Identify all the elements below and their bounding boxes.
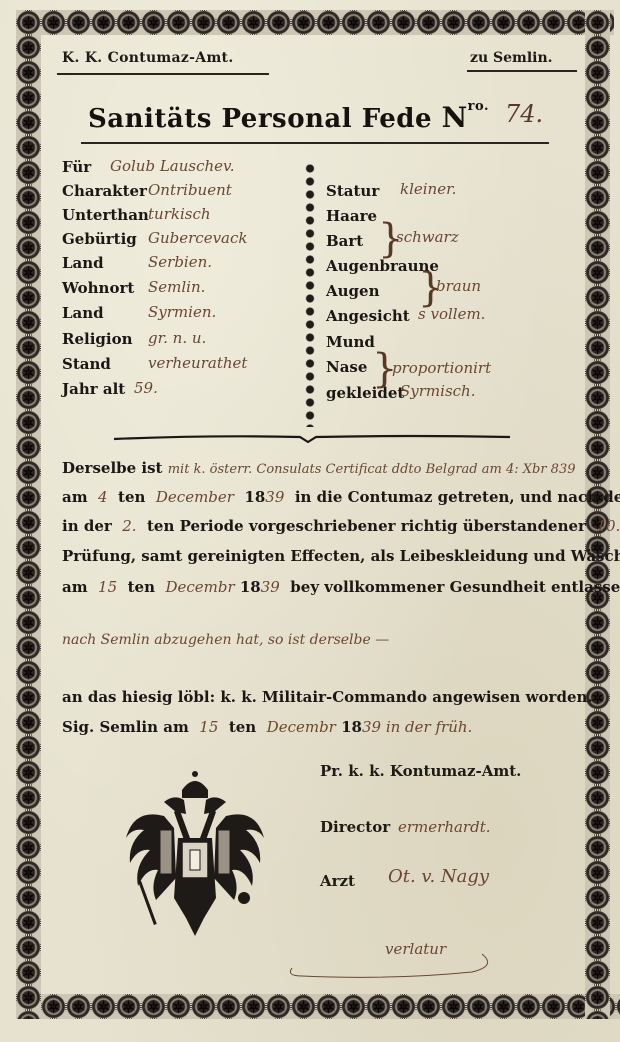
star-ornament-icon xyxy=(16,510,41,535)
body-text: in der xyxy=(62,517,112,535)
star-ornament-icon xyxy=(16,610,41,635)
field-label: Jahr alt xyxy=(62,380,125,398)
field-value: gr. n. u. xyxy=(148,329,206,347)
body-line-1: Derselbe ist mit k. österr. Consulats Ce… xyxy=(62,459,576,477)
field-value: 59. xyxy=(134,379,158,397)
body-text: am xyxy=(62,488,88,506)
ornamental-border-right xyxy=(585,10,610,1019)
star-ornament-icon xyxy=(585,160,610,185)
star-ornament-icon xyxy=(141,994,166,1019)
star-ornament-icon xyxy=(585,185,610,210)
star-ornament-icon xyxy=(41,10,66,35)
star-ornament-icon xyxy=(16,835,41,860)
star-ornament-icon xyxy=(316,10,341,35)
star-ornament-icon xyxy=(91,994,116,1019)
star-ornament-icon xyxy=(585,385,610,410)
arzt-label: Arzt xyxy=(320,872,355,890)
handwritten-month: December xyxy=(156,488,234,506)
star-ornament-icon xyxy=(16,635,41,660)
section-divider-rule xyxy=(112,432,512,446)
star-ornament-icon xyxy=(491,10,516,35)
field-label: Angesicht xyxy=(326,307,410,325)
document-number: 74. xyxy=(505,100,543,128)
handwritten-month: Decembr xyxy=(267,718,336,736)
office-header: K. K. Contumaz-Amt. xyxy=(62,50,234,66)
star-ornament-icon xyxy=(585,260,610,285)
star-ornament-icon xyxy=(585,810,610,835)
star-ornament-icon xyxy=(416,994,441,1019)
star-ornament-icon xyxy=(585,410,610,435)
star-ornament-icon xyxy=(191,10,216,35)
star-ornament-icon xyxy=(585,635,610,660)
star-ornament-icon xyxy=(585,735,610,760)
star-ornament-icon xyxy=(585,660,610,685)
star-ornament-icon xyxy=(66,10,91,35)
star-ornament-icon xyxy=(16,985,41,1010)
body-text: Derselbe ist xyxy=(62,459,162,477)
closing-flourish xyxy=(282,950,502,980)
star-ornament-icon xyxy=(516,10,541,35)
field-value: Syrmien. xyxy=(148,303,216,321)
body-line-3: in der 2. ten Periode vorgeschriebener r… xyxy=(62,517,620,535)
star-ornament-icon xyxy=(191,994,216,1019)
star-ornament-icon xyxy=(16,160,41,185)
body-text: ten xyxy=(118,488,145,506)
star-ornament-icon xyxy=(291,10,316,35)
handwritten-destination: nach Semlin abzugehen hat, so ist dersel… xyxy=(62,632,389,648)
star-ornament-icon xyxy=(16,560,41,585)
star-ornament-icon xyxy=(585,710,610,735)
star-ornament-icon xyxy=(16,710,41,735)
star-ornament-icon xyxy=(516,994,541,1019)
star-ornament-icon xyxy=(16,185,41,210)
body-text: 18 xyxy=(341,718,362,736)
field-label: Religion xyxy=(62,330,133,348)
star-ornament-icon xyxy=(91,10,116,35)
ornamental-border-left xyxy=(16,10,41,1019)
field-label: Land xyxy=(62,304,104,322)
office-header-rule xyxy=(57,73,269,75)
field-value: kleiner. xyxy=(400,180,456,198)
body-line-4: Prüfung, samt gereinigten Effecten, als … xyxy=(62,547,620,565)
star-ornament-icon xyxy=(585,335,610,360)
star-ornament-icon xyxy=(441,994,466,1019)
star-ornament-icon xyxy=(16,910,41,935)
star-ornament-icon xyxy=(16,860,41,885)
issuing-office: Pr. k. k. Kontumaz-Amt. xyxy=(320,762,521,780)
star-ornament-icon xyxy=(16,10,41,35)
star-ornament-icon xyxy=(585,460,610,485)
field-label: Bart xyxy=(326,232,363,250)
field-value: Golub Lauschev. xyxy=(110,157,235,175)
field-value: verheurathet xyxy=(148,354,247,372)
star-ornament-icon xyxy=(585,1010,610,1019)
field-label: Land xyxy=(62,254,104,272)
star-ornament-icon xyxy=(16,260,41,285)
star-ornament-icon xyxy=(16,135,41,160)
ornamental-border-top xyxy=(16,10,614,35)
body-line-5: am 15 ten Decembr 1839 bey vollkommener … xyxy=(62,578,620,596)
star-ornament-icon xyxy=(16,460,41,485)
handwritten-day: 15 xyxy=(199,718,218,736)
star-ornament-icon xyxy=(585,785,610,810)
star-ornament-icon xyxy=(585,85,610,110)
star-ornament-icon xyxy=(585,860,610,885)
star-ornament-icon xyxy=(16,360,41,385)
body-text: in die Contumaz getreten, und nach der xyxy=(295,488,620,506)
star-ornament-icon xyxy=(291,994,316,1019)
star-ornament-icon xyxy=(16,685,41,710)
star-ornament-icon xyxy=(491,994,516,1019)
field-value: Serbien. xyxy=(148,253,212,271)
star-ornament-icon xyxy=(585,435,610,460)
star-ornament-icon xyxy=(16,535,41,560)
body-text: Sig. Semlin am xyxy=(62,718,189,736)
star-ornament-icon xyxy=(16,335,41,360)
field-label: Stand xyxy=(62,355,111,373)
field-label: Augen xyxy=(326,282,379,300)
star-ornament-icon xyxy=(585,960,610,985)
star-ornament-icon xyxy=(266,994,291,1019)
star-ornament-icon xyxy=(341,994,366,1019)
star-ornament-icon xyxy=(16,235,41,260)
body-text: 18 xyxy=(244,488,265,506)
star-ornament-icon xyxy=(116,10,141,35)
field-value: Ontribuent xyxy=(148,181,232,199)
star-ornament-icon xyxy=(585,935,610,960)
star-ornament-icon xyxy=(116,994,141,1019)
star-ornament-icon xyxy=(316,994,341,1019)
star-ornament-icon xyxy=(585,610,610,635)
body-line-7: an das hiesig löbl: k. k. Militair-Comma… xyxy=(62,688,593,706)
arzt-signature: Ot. v. Nagy xyxy=(388,866,489,887)
star-ornament-icon xyxy=(16,785,41,810)
star-ornament-icon xyxy=(16,1010,41,1019)
field-label: Für xyxy=(62,158,91,176)
body-text: 18 xyxy=(240,578,261,596)
field-label: Statur xyxy=(326,182,379,200)
star-ornament-icon xyxy=(41,994,66,1019)
star-ornament-icon xyxy=(585,885,610,910)
star-ornament-icon xyxy=(585,360,610,385)
title-number-label: ro. xyxy=(468,99,489,114)
star-ornament-icon xyxy=(16,35,41,60)
star-ornament-icon xyxy=(541,994,566,1019)
director-signature: ermerhardt. xyxy=(398,818,491,836)
star-ornament-icon xyxy=(16,310,41,335)
star-ornament-icon xyxy=(585,35,610,60)
star-ornament-icon xyxy=(585,985,610,1010)
field-value: turkisch xyxy=(148,205,211,223)
body-text: am xyxy=(62,578,88,596)
star-ornament-icon xyxy=(16,385,41,410)
star-ornament-icon xyxy=(366,10,391,35)
handwritten-year: 39 xyxy=(261,578,280,596)
star-ornament-icon xyxy=(585,910,610,935)
location-header-rule xyxy=(467,70,577,72)
star-ornament-icon xyxy=(585,760,610,785)
handwritten-year: 39 xyxy=(265,488,284,506)
column-divider-ornament xyxy=(303,162,317,427)
star-ornament-icon xyxy=(16,60,41,85)
star-ornament-icon xyxy=(466,994,491,1019)
star-ornament-icon xyxy=(16,760,41,785)
field-label: Charakter xyxy=(62,182,147,200)
value-augenbraune-augen: braun xyxy=(436,277,481,295)
location-header: zu Semlin. xyxy=(470,50,553,66)
star-ornament-icon xyxy=(585,235,610,260)
star-ornament-icon xyxy=(241,10,266,35)
star-ornament-icon xyxy=(391,10,416,35)
director-label: Director xyxy=(320,818,390,836)
star-ornament-icon xyxy=(585,210,610,235)
title-text: Sanitäts Personal Fede xyxy=(88,104,432,134)
field-label: Haare xyxy=(326,207,377,225)
handwritten-days: 10. xyxy=(596,517,620,535)
title-rule xyxy=(81,142,549,144)
star-ornament-icon xyxy=(16,960,41,985)
star-ornament-icon xyxy=(141,10,166,35)
star-ornament-icon xyxy=(16,660,41,685)
field-label: Nase xyxy=(326,358,367,376)
body-line-2: am 4 ten December 1839 in die Contumaz g… xyxy=(62,488,620,506)
handwritten-month: Decembr xyxy=(165,578,234,596)
star-ornament-icon xyxy=(16,435,41,460)
star-ornament-icon xyxy=(16,85,41,110)
field-value: Gubercevack xyxy=(148,229,247,247)
handwritten-year-note: 39 in der früh. xyxy=(362,718,472,736)
star-ornament-icon xyxy=(391,994,416,1019)
field-label: Mund xyxy=(326,333,375,351)
field-value: Syrmisch. xyxy=(400,382,475,400)
body-text: ten xyxy=(229,718,256,736)
star-ornament-icon xyxy=(585,110,610,135)
star-ornament-icon xyxy=(585,135,610,160)
star-ornament-icon xyxy=(16,810,41,835)
document-title: Sanitäts Personal Fede Nro. xyxy=(88,101,489,134)
star-ornament-icon xyxy=(585,10,610,35)
star-ornament-icon xyxy=(16,210,41,235)
place-date-line: Sig. Semlin am 15 ten Decembr 1839 in de… xyxy=(62,718,472,736)
star-ornament-icon xyxy=(16,110,41,135)
field-value: Semlin. xyxy=(148,278,205,296)
title-number-prefix: N xyxy=(442,101,468,134)
star-ornament-icon xyxy=(16,935,41,960)
star-ornament-icon xyxy=(416,10,441,35)
star-ornament-icon xyxy=(241,994,266,1019)
star-ornament-icon xyxy=(585,60,610,85)
star-ornament-icon xyxy=(166,994,191,1019)
star-ornament-icon xyxy=(366,994,391,1019)
star-ornament-icon xyxy=(166,10,191,35)
double-headed-eagle-icon xyxy=(124,768,266,938)
handwritten-day: 15 xyxy=(98,578,117,596)
star-ornament-icon xyxy=(216,10,241,35)
value-haare-bart: schwarz xyxy=(396,228,459,246)
star-ornament-icon xyxy=(616,994,620,1019)
star-ornament-icon xyxy=(66,994,91,1019)
star-ornament-icon xyxy=(441,10,466,35)
star-ornament-icon xyxy=(16,735,41,760)
star-ornament-icon xyxy=(341,10,366,35)
body-text: bey vollkommener Gesundheit entlassen, u… xyxy=(290,578,620,596)
star-ornament-icon xyxy=(585,285,610,310)
handwritten-period: 2. xyxy=(122,517,136,535)
star-ornament-icon xyxy=(585,310,610,335)
star-ornament-icon xyxy=(16,410,41,435)
handwritten-certificate: mit k. österr. Consulats Certificat ddto… xyxy=(168,462,576,477)
star-ornament-icon xyxy=(16,885,41,910)
star-ornament-icon xyxy=(541,10,566,35)
star-ornament-icon xyxy=(466,10,491,35)
body-text: ten xyxy=(128,578,155,596)
star-ornament-icon xyxy=(585,835,610,860)
star-ornament-icon xyxy=(16,485,41,510)
field-label: Gebürtig xyxy=(62,230,137,248)
star-ornament-icon xyxy=(266,10,291,35)
ornamental-border-bottom xyxy=(16,994,620,1019)
field-label: Wohnort xyxy=(62,279,134,297)
field-label: Unterthan xyxy=(62,206,149,224)
star-ornament-icon xyxy=(216,994,241,1019)
star-ornament-icon xyxy=(16,585,41,610)
star-ornament-icon xyxy=(16,285,41,310)
handwritten-day: 4 xyxy=(98,488,108,506)
body-text: ten Periode vorgeschriebener richtig übe… xyxy=(147,517,586,535)
value-mund-nase: proportionirt xyxy=(392,359,491,377)
